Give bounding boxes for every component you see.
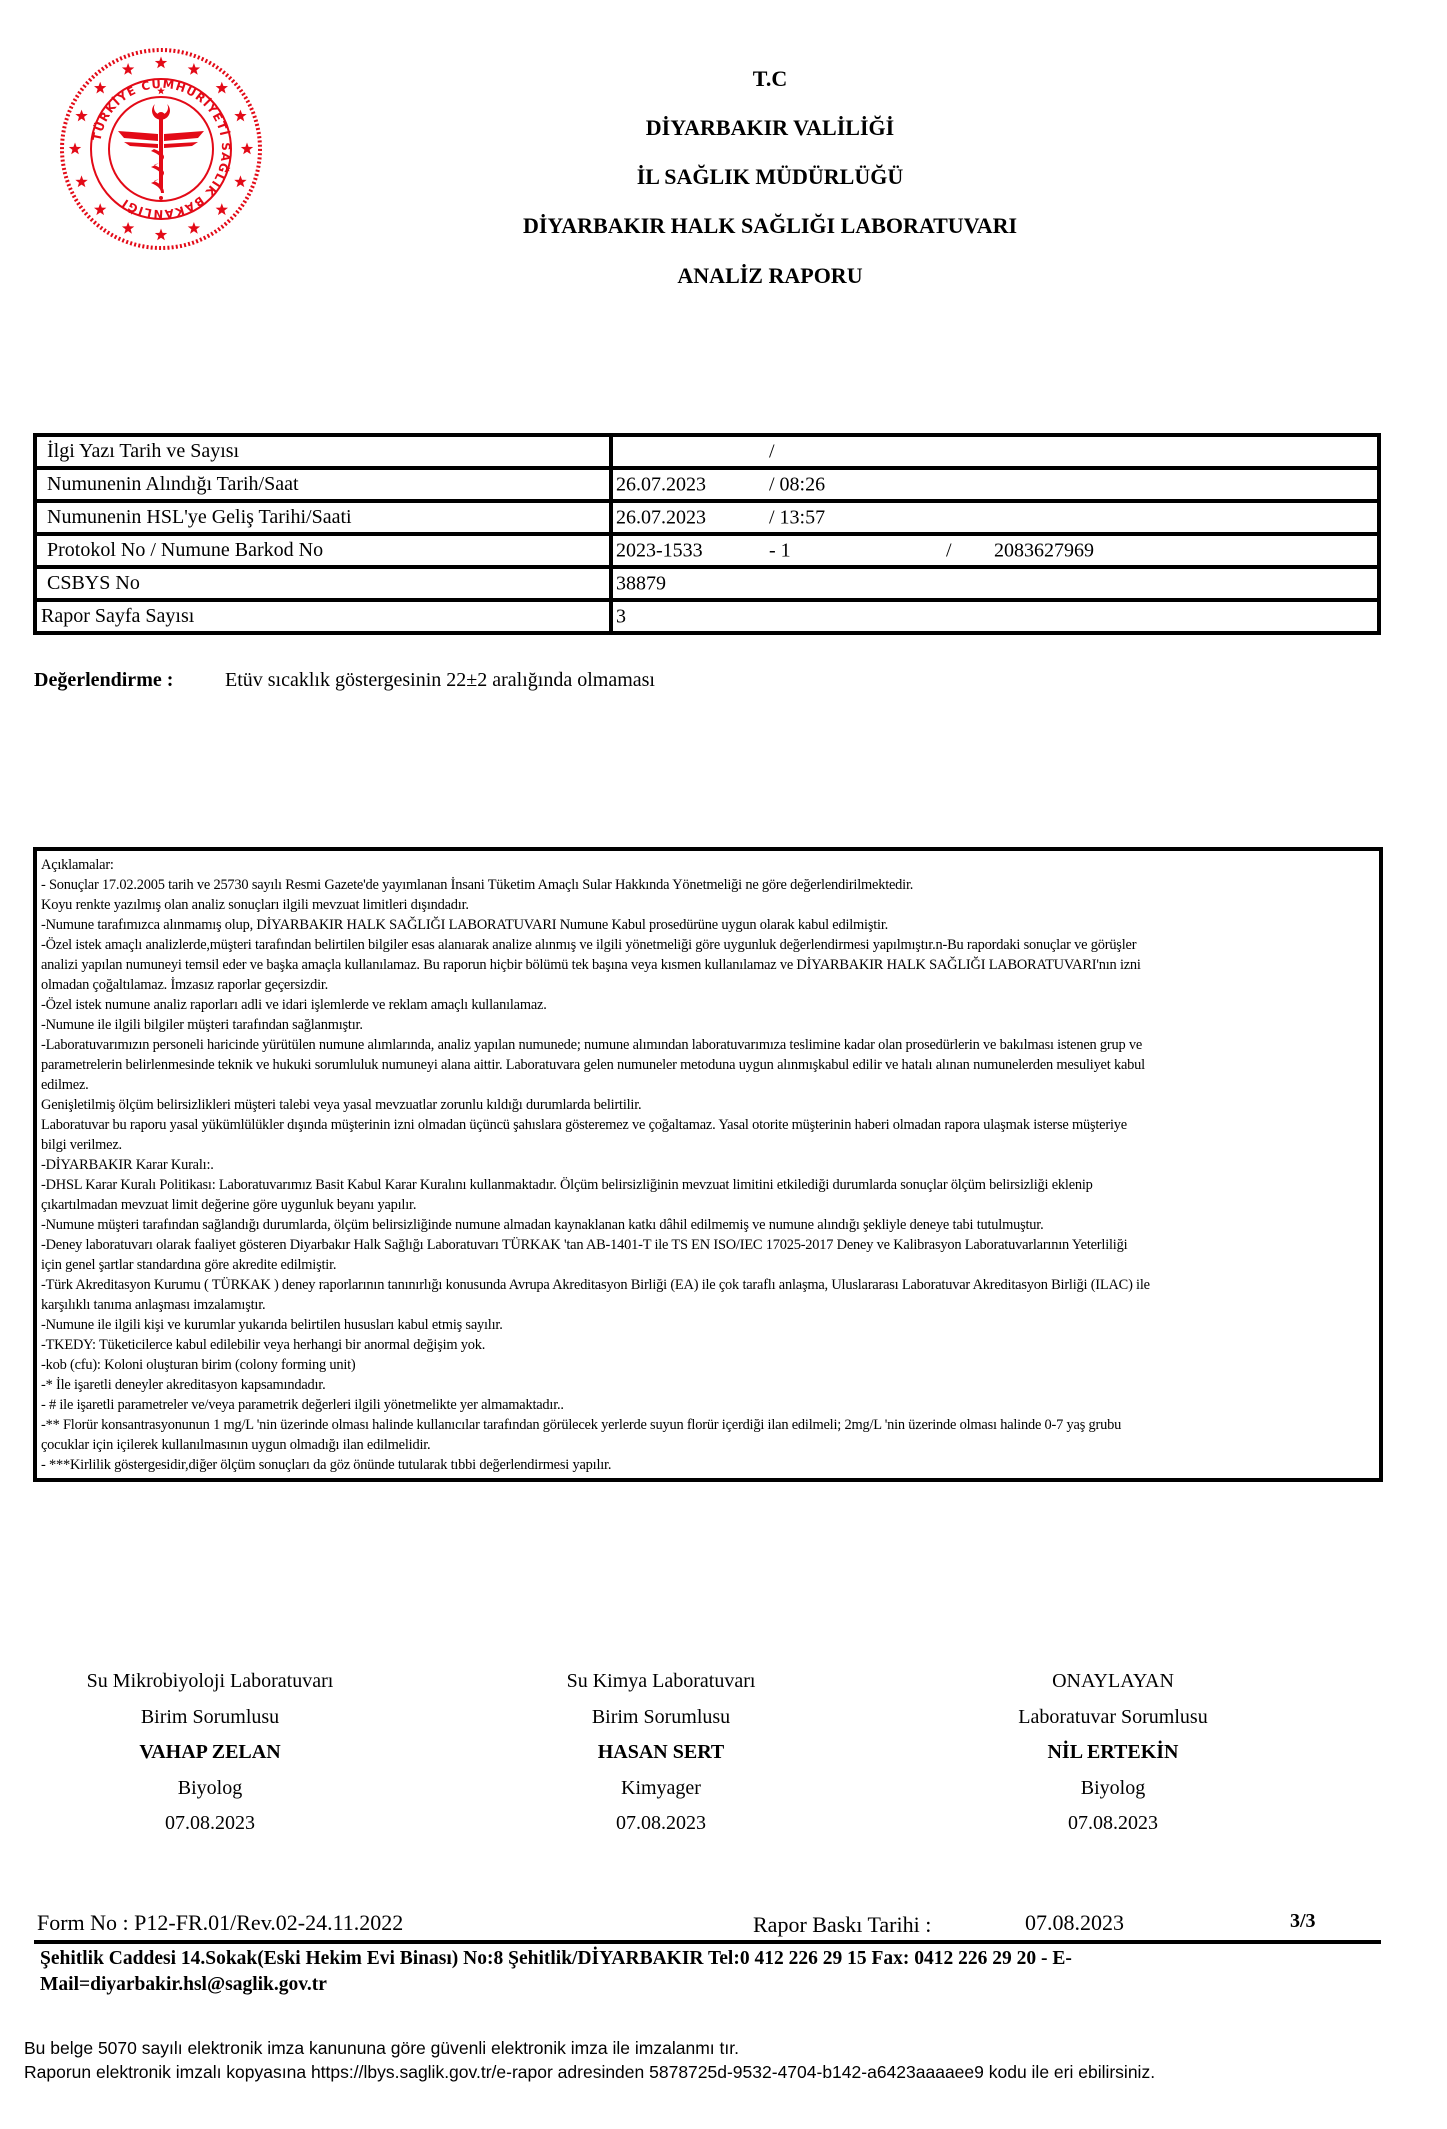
notes-line: -TKEDY: Tüketicilerce kabul edilebilir v… (41, 1335, 1375, 1355)
row-value: 26.07.2023/ 08:26 (611, 468, 1379, 501)
row-value: 38879 (611, 567, 1379, 600)
row-label: Rapor Sayfa Sayısı (35, 600, 611, 633)
notes-line: -Numune müşteri tarafından sağlandığı du… (41, 1215, 1375, 1235)
notes-line: -** Florür konsantrasyonunun 1 mg/L 'nin… (41, 1415, 1375, 1435)
row-value-part: 38879 (616, 572, 666, 595)
notes-line: -Laboratuvarımızın personeli haricinde y… (41, 1035, 1375, 1055)
sample-info-table: İlgi Yazı Tarih ve Sayısı/Numunenin Alın… (33, 433, 1381, 635)
notes-line: -Türk Akreditasyon Kurumu ( TÜRKAK ) den… (41, 1275, 1375, 1295)
notes-line: -* İle işaretli deneyler akreditasyon ka… (41, 1375, 1375, 1395)
notes-line: -Özel istek amaçlı analizlerde,müşteri t… (41, 935, 1375, 955)
header-governorship: DİYARBAKIR VALİLİĞİ (0, 115, 1447, 141)
print-date-label: Rapor Baskı Tarihi : (753, 1912, 931, 1938)
evaluation-value: Etüv sıcaklık göstergesinin 22±2 aralığı… (225, 669, 655, 692)
row-value-part: / (946, 539, 952, 562)
signature-unit: Su Mikrobiyoloji Laboratuvarı (0, 1664, 420, 1700)
row-value-part: 3 (616, 605, 626, 628)
row-value-part: / 08:26 (769, 473, 825, 496)
row-value: 26.07.2023/ 13:57 (611, 501, 1379, 534)
notes-line: parametrelerin belirlenmesinde teknik ve… (41, 1055, 1375, 1075)
signature-unit: Su Kimya Laboratuvarı (451, 1664, 871, 1700)
notes-line: -Özel istek numune analiz raporları adli… (41, 995, 1375, 1015)
notes-line: olmadan çoğaltılamaz. İmzasız raporlar g… (41, 975, 1375, 995)
signature-role: Laboratuvar Sorumlusu (903, 1700, 1323, 1736)
signature-name: NİL ERTEKİN (903, 1735, 1323, 1771)
notes-line: için genel şartlar standardına göre akre… (41, 1255, 1375, 1275)
notes-line: karşılıklı tanıma anlaşması imzalamıştır… (41, 1295, 1375, 1315)
notes-line: -Numune ile ilgili bilgiler müşteri tara… (41, 1015, 1375, 1035)
notes-line: - # ile işaretli parametreler ve/veya pa… (41, 1395, 1375, 1415)
notes-line: -DHSL Karar Kuralı Politikası: Laboratuv… (41, 1175, 1375, 1195)
page-number: 3/3 (1290, 1910, 1316, 1933)
row-label: Numunenin HSL'ye Geliş Tarihi/Saati (35, 501, 611, 534)
header-directorate: İL SAĞLIK MÜDÜRLÜĞÜ (0, 164, 1447, 190)
notes-line: -kob (cfu): Koloni oluşturan birim (colo… (41, 1355, 1375, 1375)
print-date-value: 07.08.2023 (1025, 1910, 1124, 1936)
signature-unit: ONAYLAYAN (903, 1664, 1323, 1700)
address-line: Şehitlik Caddesi 14.Sokak(Eski Hekim Evi… (40, 1946, 1240, 1972)
row-value-part: / 13:57 (769, 506, 825, 529)
row-label: Protokol No / Numune Barkod No (35, 534, 611, 567)
signature-title: Biyolog (903, 1771, 1323, 1807)
row-value-part: 2023-1533 (616, 539, 703, 562)
notes-line: çıkartılmadan mevzuat limit değerine gör… (41, 1195, 1375, 1215)
signature-date: 07.08.2023 (451, 1806, 871, 1842)
evaluation-label: Değerlendirme : (34, 669, 173, 692)
table-row: Numunenin Alındığı Tarih/Saat26.07.2023/… (35, 468, 1379, 501)
notes-line: -Deney laboratuvarı olarak faaliyet göst… (41, 1235, 1375, 1255)
signature-block-chemistry: Su Kimya Laboratuvarı Birim Sorumlusu HA… (451, 1664, 871, 1842)
notes-line: Laboratuvar bu raporu yasal yükümlülükle… (41, 1115, 1375, 1135)
notes-text: Açıklamalar:- Sonuçlar 17.02.2005 tarih … (41, 855, 1375, 1475)
row-value: / (611, 435, 1379, 468)
esign-notice: Bu belge 5070 sayılı elektronik imza kan… (24, 2038, 739, 2059)
row-value-part: / (769, 440, 775, 463)
signature-title: Biyolog (0, 1771, 420, 1807)
signature-role: Birim Sorumlusu (451, 1700, 871, 1736)
notes-line: bilgi verilmez. (41, 1135, 1375, 1155)
header-tc: T.C (0, 66, 1447, 92)
email-line[interactable]: Mail=diyarbakir.hsl@saglik.gov.tr (40, 1972, 1240, 1998)
signature-block-microbiology: Su Mikrobiyoloji Laboratuvarı Birim Soru… (0, 1664, 420, 1842)
table-row: CSBYS No38879 (35, 567, 1379, 600)
row-value: 3 (611, 600, 1379, 633)
notes-box: Açıklamalar:- Sonuçlar 17.02.2005 tarih … (33, 847, 1383, 1482)
notes-line: Koyu renkte yazılmış olan analiz sonuçla… (41, 895, 1375, 915)
signature-role: Birim Sorumlusu (0, 1700, 420, 1736)
row-label: Numunenin Alındığı Tarih/Saat (35, 468, 611, 501)
row-value-part: 26.07.2023 (616, 506, 706, 529)
signature-name: HASAN SERT (451, 1735, 871, 1771)
row-label: CSBYS No (35, 567, 611, 600)
notes-line: edilmez. (41, 1075, 1375, 1095)
row-value: 2023-1533- 1/2083627969 (611, 534, 1379, 567)
row-value-part: - 1 (769, 539, 791, 562)
row-label: İlgi Yazı Tarih ve Sayısı (35, 435, 611, 468)
notes-line: - ***Kirlilik göstergesidir,diğer ölçüm … (41, 1455, 1375, 1475)
signature-date: 07.08.2023 (903, 1806, 1323, 1842)
address-block: Şehitlik Caddesi 14.Sokak(Eski Hekim Evi… (40, 1946, 1240, 1998)
table-row: Rapor Sayfa Sayısı3 (35, 600, 1379, 633)
table-row: Numunenin HSL'ye Geliş Tarihi/Saati26.07… (35, 501, 1379, 534)
table-row: Protokol No / Numune Barkod No2023-1533-… (35, 534, 1379, 567)
signature-date: 07.08.2023 (0, 1806, 420, 1842)
notes-line: çocuklar için içilerek kullanılmasının u… (41, 1435, 1375, 1455)
form-number: Form No : P12-FR.01/Rev.02-24.11.2022 (37, 1910, 403, 1936)
signature-block-approver: ONAYLAYAN Laboratuvar Sorumlusu NİL ERTE… (903, 1664, 1323, 1842)
notes-line: -Numune ile ilgili kişi ve kurumlar yuka… (41, 1315, 1375, 1335)
notes-line: -Numune tarafımızca alınmamış olup, DİYA… (41, 915, 1375, 935)
notes-line: - Sonuçlar 17.02.2005 tarih ve 25730 say… (41, 875, 1375, 895)
footer-divider (34, 1940, 1381, 1944)
notes-line: analizi yapılan numuneyi temsil eder ve … (41, 955, 1375, 975)
page-title: ANALİZ RAPORU (0, 263, 1447, 289)
notes-line: Genişletilmiş ölçüm belirsizlikleri müşt… (41, 1095, 1375, 1115)
esign-verify-link[interactable]: Raporun elektronik imzalı kopyasına http… (24, 2062, 1155, 2083)
header-laboratory: DİYARBAKIR HALK SAĞLIĞI LABORATUVARI (0, 213, 1447, 239)
notes-line: -DİYARBAKIR Karar Kuralı:. (41, 1155, 1375, 1175)
notes-heading: Açıklamalar: (41, 855, 1375, 875)
table-row: İlgi Yazı Tarih ve Sayısı/ (35, 435, 1379, 468)
signature-title: Kimyager (451, 1771, 871, 1807)
row-value-part: 2083627969 (994, 539, 1094, 562)
row-value-part: 26.07.2023 (616, 473, 706, 496)
signature-name: VAHAP ZELAN (0, 1735, 420, 1771)
